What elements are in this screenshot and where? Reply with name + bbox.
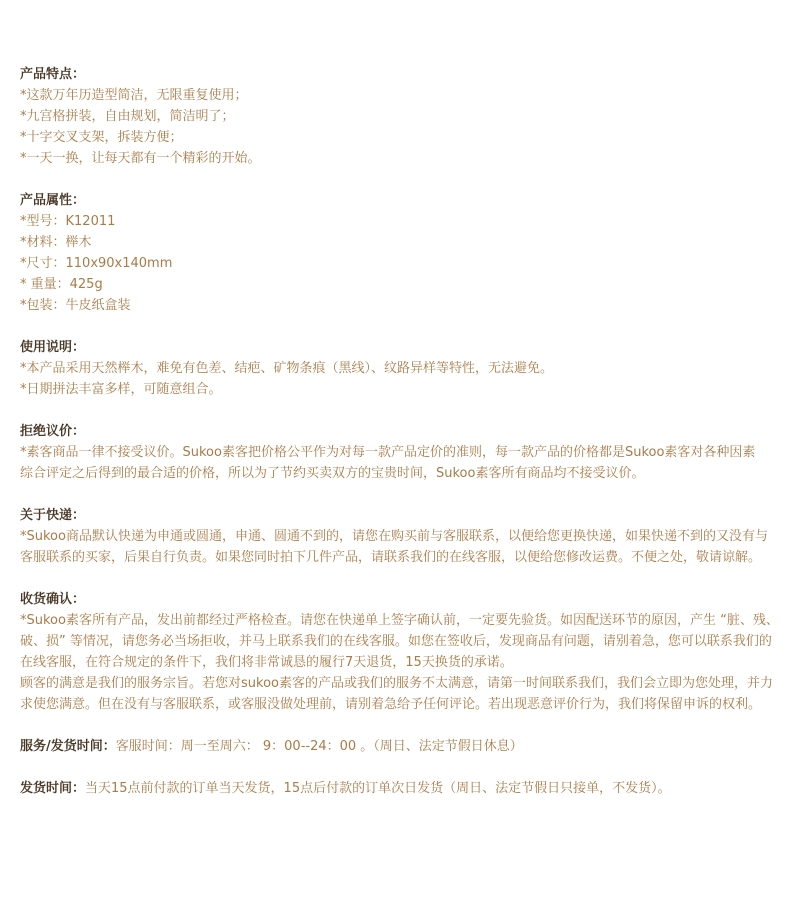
section-about-shipping: 关于快递： *Sukoo商品默认快递为申通或圆通，申通、圆通不到的，请您在购买前… [20, 505, 780, 568]
section-receipt-confirmation: 收货确认： *Sukoo素客所有产品，发出前都经过严格检查。请您在快递单上签字确… [20, 589, 780, 715]
no-bargaining-body: *素客商品一律不接受议价。Sukoo素客把价格公平作为对每一款产品定价的准则，每… [20, 442, 780, 484]
dispatch-time-text: 当天15点前付款的订单当天发货，15点后付款的订单次日发货（周日、法定节假日只接… [85, 781, 671, 796]
service-hours-heading: 服务/发货时间： [20, 739, 116, 754]
section-dispatch-time: 发货时间：当天15点前付款的订单当天发货，15点后付款的订单次日发货（周日、法定… [20, 778, 780, 799]
section-service-hours: 服务/发货时间：客服时间：周一至周六： 9：00--24：00 。（周日、法定节… [20, 736, 780, 757]
product-description-page: 产品特点： *这款万年历造型简洁，无限重复使用； *九宫格拼装，自由规划，简洁明… [0, 0, 800, 799]
about-shipping-body: *Sukoo商品默认快递为申通或圆通，申通、圆通不到的，请您在购买前与客服联系，… [20, 526, 780, 568]
receipt-confirmation-body: *Sukoo素客所有产品，发出前都经过严格检查。请您在快递单上签字确认前，一定要… [20, 610, 780, 715]
service-hours-text: 客服时间：周一至周六： 9：00--24：00 。（周日、法定节假日休息） [116, 739, 523, 754]
receipt-confirmation-heading: 收货确认： [20, 589, 780, 610]
section-no-bargaining: 拒绝议价： *素客商品一律不接受议价。Sukoo素客把价格公平作为对每一款产品定… [20, 421, 780, 484]
dispatch-time-heading: 发货时间： [20, 781, 85, 796]
product-features-heading: 产品特点： [20, 64, 780, 85]
section-product-features: 产品特点： *这款万年历造型简洁，无限重复使用； *九宫格拼装，自由规划，简洁明… [20, 64, 780, 169]
section-usage-instructions: 使用说明： *本产品采用天然榉木，难免有色差、结疤、矿物条痕（黑线）、纹路异样等… [20, 337, 780, 400]
product-features-body: *这款万年历造型简洁，无限重复使用； *九宫格拼装，自由规划，简洁明了； *十字… [20, 85, 780, 169]
section-product-attributes: 产品属性： *型号：K12011 *材料：榉木 *尺寸：110x90x140mm… [20, 190, 780, 316]
usage-instructions-body: *本产品采用天然榉木，难免有色差、结疤、矿物条痕（黑线）、纹路异样等特性，无法避… [20, 358, 780, 400]
product-attributes-heading: 产品属性： [20, 190, 780, 211]
product-attributes-body: *型号：K12011 *材料：榉木 *尺寸：110x90x140mm * 重量：… [20, 211, 780, 316]
usage-instructions-heading: 使用说明： [20, 337, 780, 358]
about-shipping-heading: 关于快递： [20, 505, 780, 526]
no-bargaining-heading: 拒绝议价： [20, 421, 780, 442]
